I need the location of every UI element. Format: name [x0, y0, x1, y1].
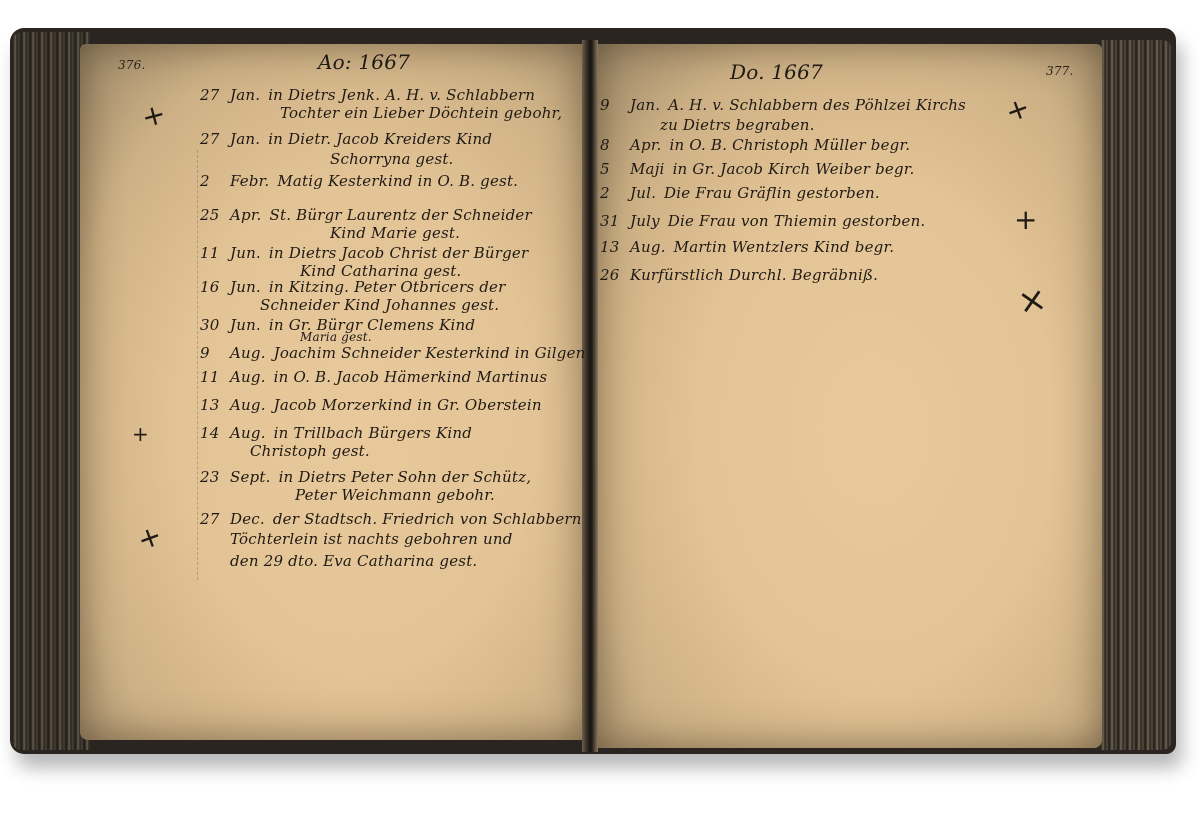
- entry-day: 2: [200, 172, 230, 190]
- entry-month: Jan.: [630, 96, 660, 114]
- entry-text: in Gr. Jacob Kirch Weiber begr.: [673, 160, 915, 178]
- entry-text: in Kitzing. Peter Otbricers der: [269, 278, 506, 296]
- entry-text: in Trillbach Bürgers Kind: [274, 424, 472, 442]
- entry-month: Sept.: [230, 468, 271, 486]
- entry-month: Aug.: [230, 344, 266, 362]
- entry-day: 5: [600, 160, 630, 178]
- left-entry: 16Jun.in Kitzing. Peter Otbricers der: [200, 278, 505, 296]
- left-entry: 14Aug.in Trillbach Bürgers Kind: [200, 424, 472, 442]
- entry-continuation: Peter Weichmann gebohr.: [295, 486, 495, 504]
- entry-day: 9: [600, 96, 630, 114]
- left-entry: 11Aug.in O. B. Jacob Hämerkind Martinus: [200, 368, 547, 386]
- entry-day: 11: [200, 368, 230, 386]
- book-gutter: [582, 40, 598, 752]
- entry-day: 2: [600, 184, 630, 202]
- entry-day: 23: [200, 468, 230, 486]
- right-page-number: 377.: [1046, 64, 1074, 78]
- entry-day: 26: [600, 266, 630, 284]
- entry-continuation: Tochter ein Lieber Döchtein gebohr,: [280, 104, 562, 122]
- entry-month: Febr.: [230, 172, 269, 190]
- right-page-year-header: Do. 1667: [730, 60, 823, 84]
- entry-day: 27: [200, 130, 230, 148]
- entry-text: Joachim Schneider Kesterkind in Gilgen: [274, 344, 586, 362]
- entry-day: 27: [200, 510, 230, 528]
- right-entry: 31JulyDie Frau von Thiemin gestorben.: [600, 212, 925, 230]
- entry-day: 13: [600, 238, 630, 256]
- entry-text: in Dietrs Jacob Christ der Bürger: [269, 244, 528, 262]
- entry-day: 16: [200, 278, 230, 296]
- entry-day: 14: [200, 424, 230, 442]
- entry-continuation: Christoph gest.: [250, 442, 370, 460]
- entry-day: 25: [200, 206, 230, 224]
- entry-text: Kurfürstlich Durchl. Begräbniß.: [630, 266, 878, 284]
- entry-day: 9: [200, 344, 230, 362]
- entry-month: Jul.: [630, 184, 656, 202]
- entry-month: Dec.: [230, 510, 265, 528]
- entry-text: St. Bürgr Laurentz der Schneider: [270, 206, 532, 224]
- margin-rule: [197, 150, 198, 580]
- right-entry: 2Jul.Die Frau Gräflin gestorben.: [600, 184, 880, 202]
- left-entry: 9Aug.Joachim Schneider Kesterkind in Gil…: [200, 344, 586, 362]
- entry-continuation: Maria gest.: [300, 330, 372, 344]
- left-entry: 27Jan.in Dietr. Jacob Kreiders Kind: [200, 130, 492, 148]
- entry-month: Jun.: [230, 278, 261, 296]
- right-entry: 26Kurfürstlich Durchl. Begräbniß.: [600, 266, 878, 284]
- entry-continuation: Schneider Kind Johannes gest.: [260, 296, 499, 314]
- left-page: [80, 44, 585, 740]
- entry-text: in Dietrs Peter Sohn der Schütz,: [279, 468, 532, 486]
- entry-month: Apr.: [230, 206, 262, 224]
- entry-continuation: den 29 dto. Eva Catharina gest.: [230, 552, 477, 570]
- entry-day: 30: [200, 316, 230, 334]
- entry-text: in Dietrs Jenk. A. H. v. Schlabbern: [268, 86, 535, 104]
- left-entry: 25Apr.St. Bürgr Laurentz der Schneider: [200, 206, 532, 224]
- x-mark-icon: ×: [1015, 282, 1049, 320]
- right-page-edges: [1100, 40, 1172, 750]
- entry-month: Aug.: [230, 368, 266, 386]
- entry-month: Aug.: [630, 238, 666, 256]
- entry-text: in O. B. Christoph Müller begr.: [670, 136, 911, 154]
- entry-month: Apr.: [630, 136, 662, 154]
- entry-text: Die Frau Gräflin gestorben.: [664, 184, 880, 202]
- left-entry: 2Febr.Matig Kesterkind in O. B. gest.: [200, 172, 518, 190]
- entry-month: Jan.: [230, 86, 260, 104]
- left-entry: 27Jan.in Dietrs Jenk. A. H. v. Schlabber…: [200, 86, 535, 104]
- left-entry: 11Jun.in Dietrs Jacob Christ der Bürger: [200, 244, 528, 262]
- entry-month: July: [630, 212, 660, 230]
- entry-continuation: Kind Marie gest.: [330, 224, 460, 242]
- right-entry: 5Majiin Gr. Jacob Kirch Weiber begr.: [600, 160, 914, 178]
- entry-month: Jun.: [230, 316, 261, 334]
- right-entry: 13Aug.Martin Wentzlers Kind begr.: [600, 238, 894, 256]
- entry-text: A. H. v. Schlabbern des Pöhlzei Kirchs: [668, 96, 966, 114]
- entry-month: Aug.: [230, 424, 266, 442]
- left-page-number: 376.: [118, 58, 146, 72]
- right-entry: 8Apr.in O. B. Christoph Müller begr.: [600, 136, 910, 154]
- entry-day: 31: [600, 212, 630, 230]
- entry-text: Die Frau von Thiemin gestorben.: [668, 212, 926, 230]
- entry-day: 13: [200, 396, 230, 414]
- entry-text: in Dietr. Jacob Kreiders Kind: [268, 130, 492, 148]
- left-page-edges: [12, 32, 90, 750]
- entry-day: 27: [200, 86, 230, 104]
- entry-month: Aug.: [230, 396, 266, 414]
- entry-text: in O. B. Jacob Hämerkind Martinus: [274, 368, 548, 386]
- left-page-year-header: Ao: 1667: [318, 50, 410, 74]
- cross-mark-icon: +: [132, 424, 149, 444]
- entry-text: der Stadtsch. Friedrich von Schlabbern: [273, 510, 582, 528]
- entry-day: 11: [200, 244, 230, 262]
- cross-mark-icon: +: [1014, 206, 1037, 234]
- entry-text: Matig Kesterkind in O. B. gest.: [277, 172, 518, 190]
- left-entry: 27Dec.der Stadtsch. Friedrich von Schlab…: [200, 510, 582, 528]
- left-entry: 13Aug.Jacob Morzerkind in Gr. Oberstein: [200, 396, 542, 414]
- entry-continuation: zu Dietrs begraben.: [660, 116, 815, 134]
- entry-month: Jan.: [230, 130, 260, 148]
- entry-continuation: Töchterlein ist nachts gebohren und: [230, 530, 513, 548]
- right-entry: 9Jan.A. H. v. Schlabbern des Pöhlzei Kir…: [600, 96, 966, 114]
- entry-text: Jacob Morzerkind in Gr. Oberstein: [274, 396, 542, 414]
- entry-continuation: Schorryna gest.: [330, 150, 454, 168]
- entry-text: Martin Wentzlers Kind begr.: [674, 238, 895, 256]
- entry-month: Maji: [630, 160, 665, 178]
- entry-day: 8: [600, 136, 630, 154]
- left-entry: 23Sept.in Dietrs Peter Sohn der Schütz,: [200, 468, 531, 486]
- entry-month: Jun.: [230, 244, 261, 262]
